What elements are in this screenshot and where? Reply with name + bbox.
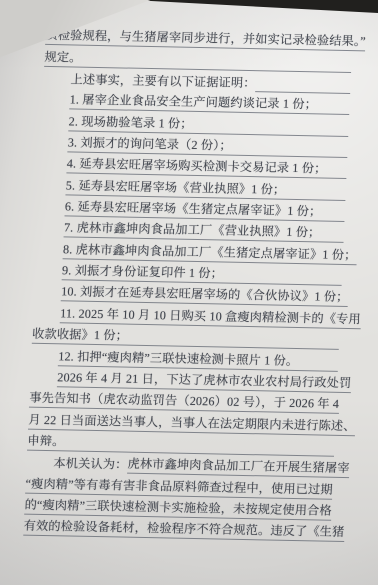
document-body: 质检验规程，与生猪屠宰同步进行，并如实记录检验结果。” 规定。 上述事实，主要有… [23, 24, 353, 542]
photographed-document: 质检验规程，与生猪屠宰同步进行，并如实记录检验结果。” 规定。 上述事实，主要有… [0, 0, 378, 585]
line-label: 本机关认为： [53, 456, 128, 473]
